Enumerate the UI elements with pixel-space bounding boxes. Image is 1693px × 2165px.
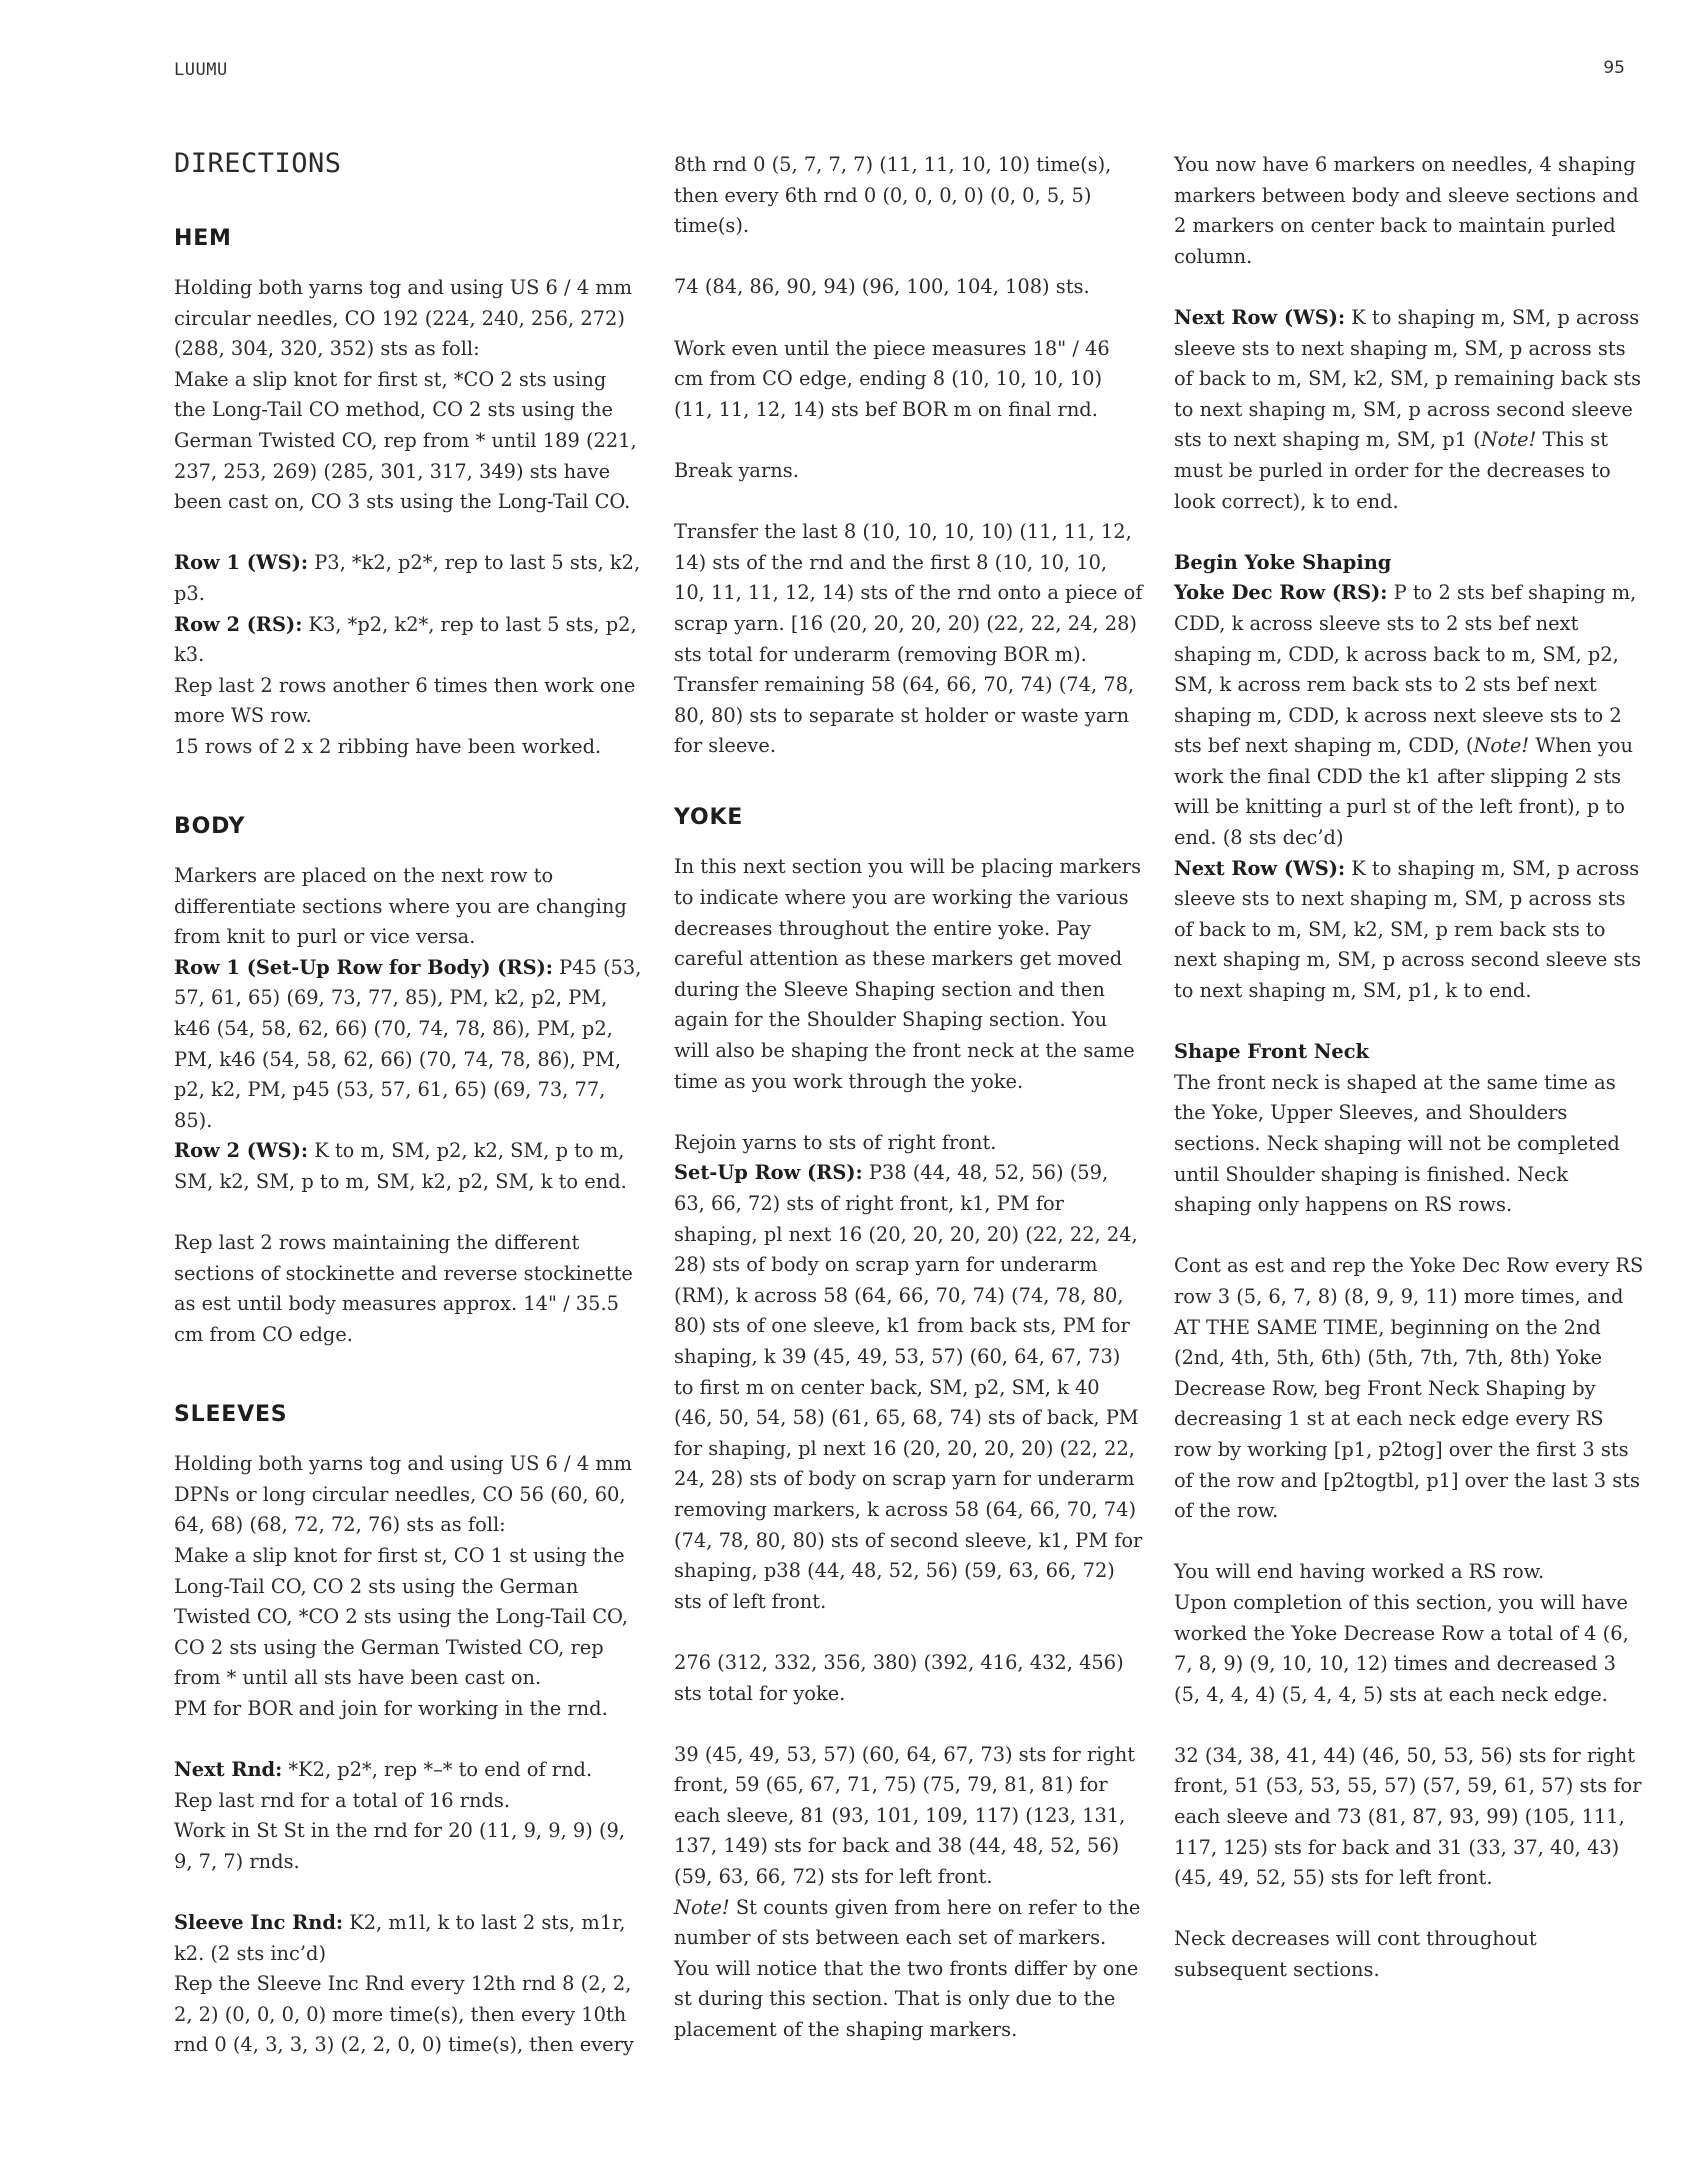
body-repeat: Rep last 2 rows maintaining the differen… [174, 1228, 644, 1350]
sleeves-inc-repeat-cont: 8th rnd 0 (5, 7, 7, 7) (11, 11, 10, 10) … [674, 150, 1144, 242]
page-number: 95 [1603, 58, 1625, 78]
yoke-setup-row: Set-Up Row (RS): P38 (44, 48, 52, 56) (5… [674, 1158, 1144, 1617]
section-title-sleeves: SLEEVES [174, 1401, 644, 1429]
sleeves-stitch-count: 74 (84, 86, 90, 94) (96, 100, 104, 108) … [674, 272, 1144, 303]
row-label: Next Row (WS): [1174, 857, 1345, 880]
front-neck-block: Shape Front Neck The front neck is shape… [1174, 1037, 1644, 1221]
yoke-markers: You now have 6 markers on needles, 4 sha… [1174, 150, 1644, 272]
row-label: Row 1 (WS): [174, 551, 308, 574]
yoke-dec-row: Yoke Dec Row (RS): P to 2 sts bef shapin… [1174, 578, 1644, 853]
sleeves-cast-on: Make a slip knot for first st, CO 1 st u… [174, 1541, 644, 1694]
row-label: Row 2 (WS): [174, 1139, 308, 1162]
front-neck-intro: The front neck is shaped at the same tim… [1174, 1071, 1620, 1216]
body-row-2: Row 2 (WS): K to m, SM, p2, k2, SM, p to… [174, 1136, 644, 1197]
sleeves-inc-repeat: Rep the Sleeve Inc Rnd every 12th rnd 8 … [174, 1969, 644, 2061]
body-row-1: Row 1 (Set-Up Row for Body) (RS): P45 (5… [174, 953, 644, 1137]
yoke-breakdown: 39 (45, 49, 53, 57) (60, 64, 67, 73) sts… [674, 1740, 1144, 1893]
yoke-ws-row: Next Row (WS): K to shaping m, SM, p acr… [1174, 854, 1644, 1007]
subhead-shape-front-neck: Shape Front Neck [1174, 1037, 1644, 1068]
sleeves-work-even: Work even until the piece measures 18" /… [674, 334, 1144, 426]
sleeves-st-st: Work in St St in the rnd for 20 (11, 9, … [174, 1816, 644, 1877]
body-intro: Markers are placed on the next row to di… [174, 861, 644, 953]
row-label: Next Rnd: [174, 1758, 282, 1781]
yoke-note: Note! St counts given from here on refer… [674, 1893, 1144, 2046]
row-label: Row 1 (Set-Up Row for Body) (RS): [174, 956, 553, 979]
front-neck-completion: Upon completion of this section, you wil… [1174, 1588, 1644, 1710]
section-title-hem: HEM [174, 225, 644, 253]
hem-repeat: Rep last 2 rows another 6 times then wor… [174, 671, 644, 732]
sleeves-break-yarns: Break yarns. [674, 456, 1144, 487]
column-3: You now have 6 markers on needles, 4 sha… [1174, 150, 1644, 2016]
hem-row-2: Row 2 (RS): K3, *p2, k2*, rep to last 5 … [174, 610, 644, 671]
running-head: LUUMU [174, 60, 228, 80]
hem-cast-on: Make a slip knot for first st, *CO 2 sts… [174, 365, 644, 518]
chapter-title: DIRECTIONS [174, 147, 644, 181]
column-1: DIRECTIONS HEM Holding both yarns tog an… [174, 147, 644, 2061]
subhead-begin-yoke-shaping: Begin Yoke Shaping [1174, 548, 1644, 579]
row-label: Row 2 (RS): [174, 613, 302, 636]
sleeves-intro: Holding both yarns tog and using US 6 / … [174, 1449, 644, 1541]
front-neck-continues: Neck decreases will cont throughout subs… [1174, 1924, 1644, 1985]
yoke-total: 276 (312, 332, 356, 380) (392, 416, 432,… [674, 1648, 1144, 1709]
row-label: Yoke Dec Row (RS): [1174, 581, 1387, 604]
sleeves-join: PM for BOR and join for working in the r… [174, 1694, 644, 1725]
sleeves-inc-rnd: Sleeve Inc Rnd: K2, m1l, k to last 2 sts… [174, 1908, 644, 1969]
yoke-rejoin: Rejoin yarns to sts of right front. [674, 1128, 1144, 1159]
column-2: 8th rnd 0 (5, 7, 7, 7) (11, 11, 10, 10) … [674, 150, 1144, 2076]
hem-intro: Holding both yarns tog and using US 6 / … [174, 273, 644, 365]
hem-row-1: Row 1 (WS): P3, *k2, p2*, rep to last 5 … [174, 548, 644, 609]
sleeves-next-rnd: Next Rnd: *K2, p2*, rep *–* to end of rn… [174, 1755, 644, 1786]
sleeves-rep-rnd: Rep last rnd for a total of 16 rnds. [174, 1786, 644, 1817]
section-title-yoke: YOKE [674, 804, 1144, 832]
front-neck-end-rs: You will end having worked a RS row. [1174, 1557, 1644, 1588]
yoke-shaping-block: Begin Yoke Shaping Yoke Dec Row (RS): P … [1174, 548, 1644, 1007]
row-label: Sleeve Inc Rnd: [174, 1911, 343, 1934]
hem-summary: 15 rows of 2 x 2 ribbing have been worke… [174, 732, 644, 763]
yoke-intro: In this next section you will be placing… [674, 852, 1144, 1097]
front-neck-continue: Cont as est and rep the Yoke Dec Row eve… [1174, 1251, 1644, 1526]
section-title-body: BODY [174, 813, 644, 841]
note-label: Note! [674, 1896, 730, 1919]
row-label: Next Row (WS): [1174, 306, 1345, 329]
sleeves-transfer: Transfer the last 8 (10, 10, 10, 10) (11… [674, 517, 1144, 762]
row-label: Set-Up Row (RS): [674, 1161, 863, 1184]
yoke-next-row: Next Row (WS): K to shaping m, SM, p acr… [1174, 303, 1644, 517]
front-neck-counts: 32 (34, 38, 41, 44) (46, 50, 53, 56) sts… [1174, 1741, 1644, 1894]
